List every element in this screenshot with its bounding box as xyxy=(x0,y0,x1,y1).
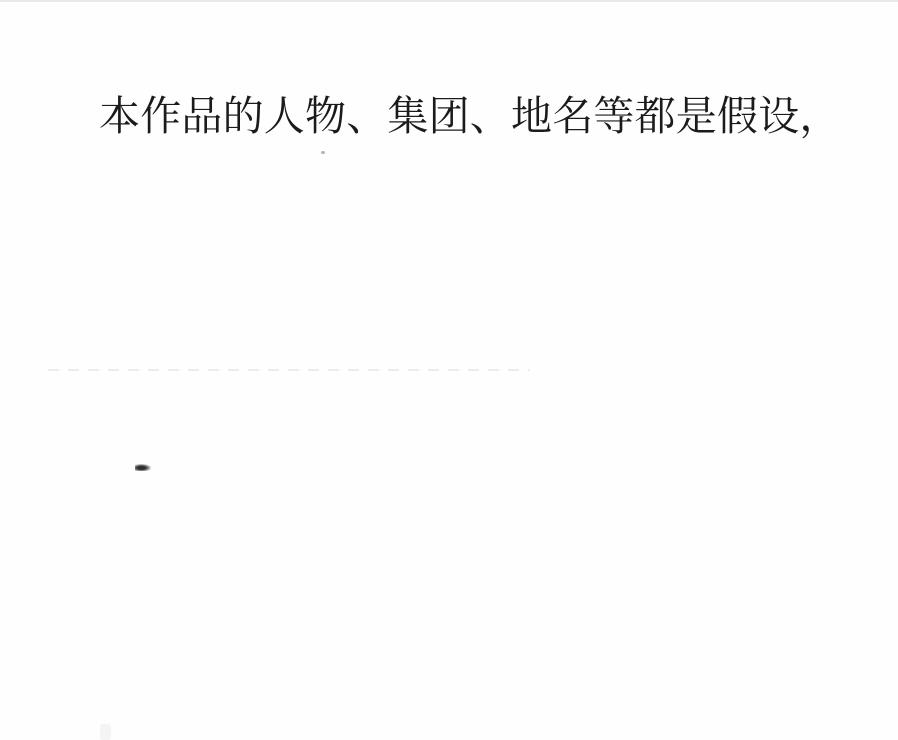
ink-smudge-artifact xyxy=(135,464,151,471)
comic-page: 本作品的人物、集团、地名等都是假设， xyxy=(0,0,898,740)
top-edge-hairline xyxy=(0,0,898,2)
bottom-faint-mark xyxy=(100,724,111,740)
faint-dashed-separator xyxy=(48,369,530,371)
disclaimer-text: 本作品的人物、集团、地名等都是假设， xyxy=(99,92,841,141)
small-dot-artifact xyxy=(321,151,325,154)
